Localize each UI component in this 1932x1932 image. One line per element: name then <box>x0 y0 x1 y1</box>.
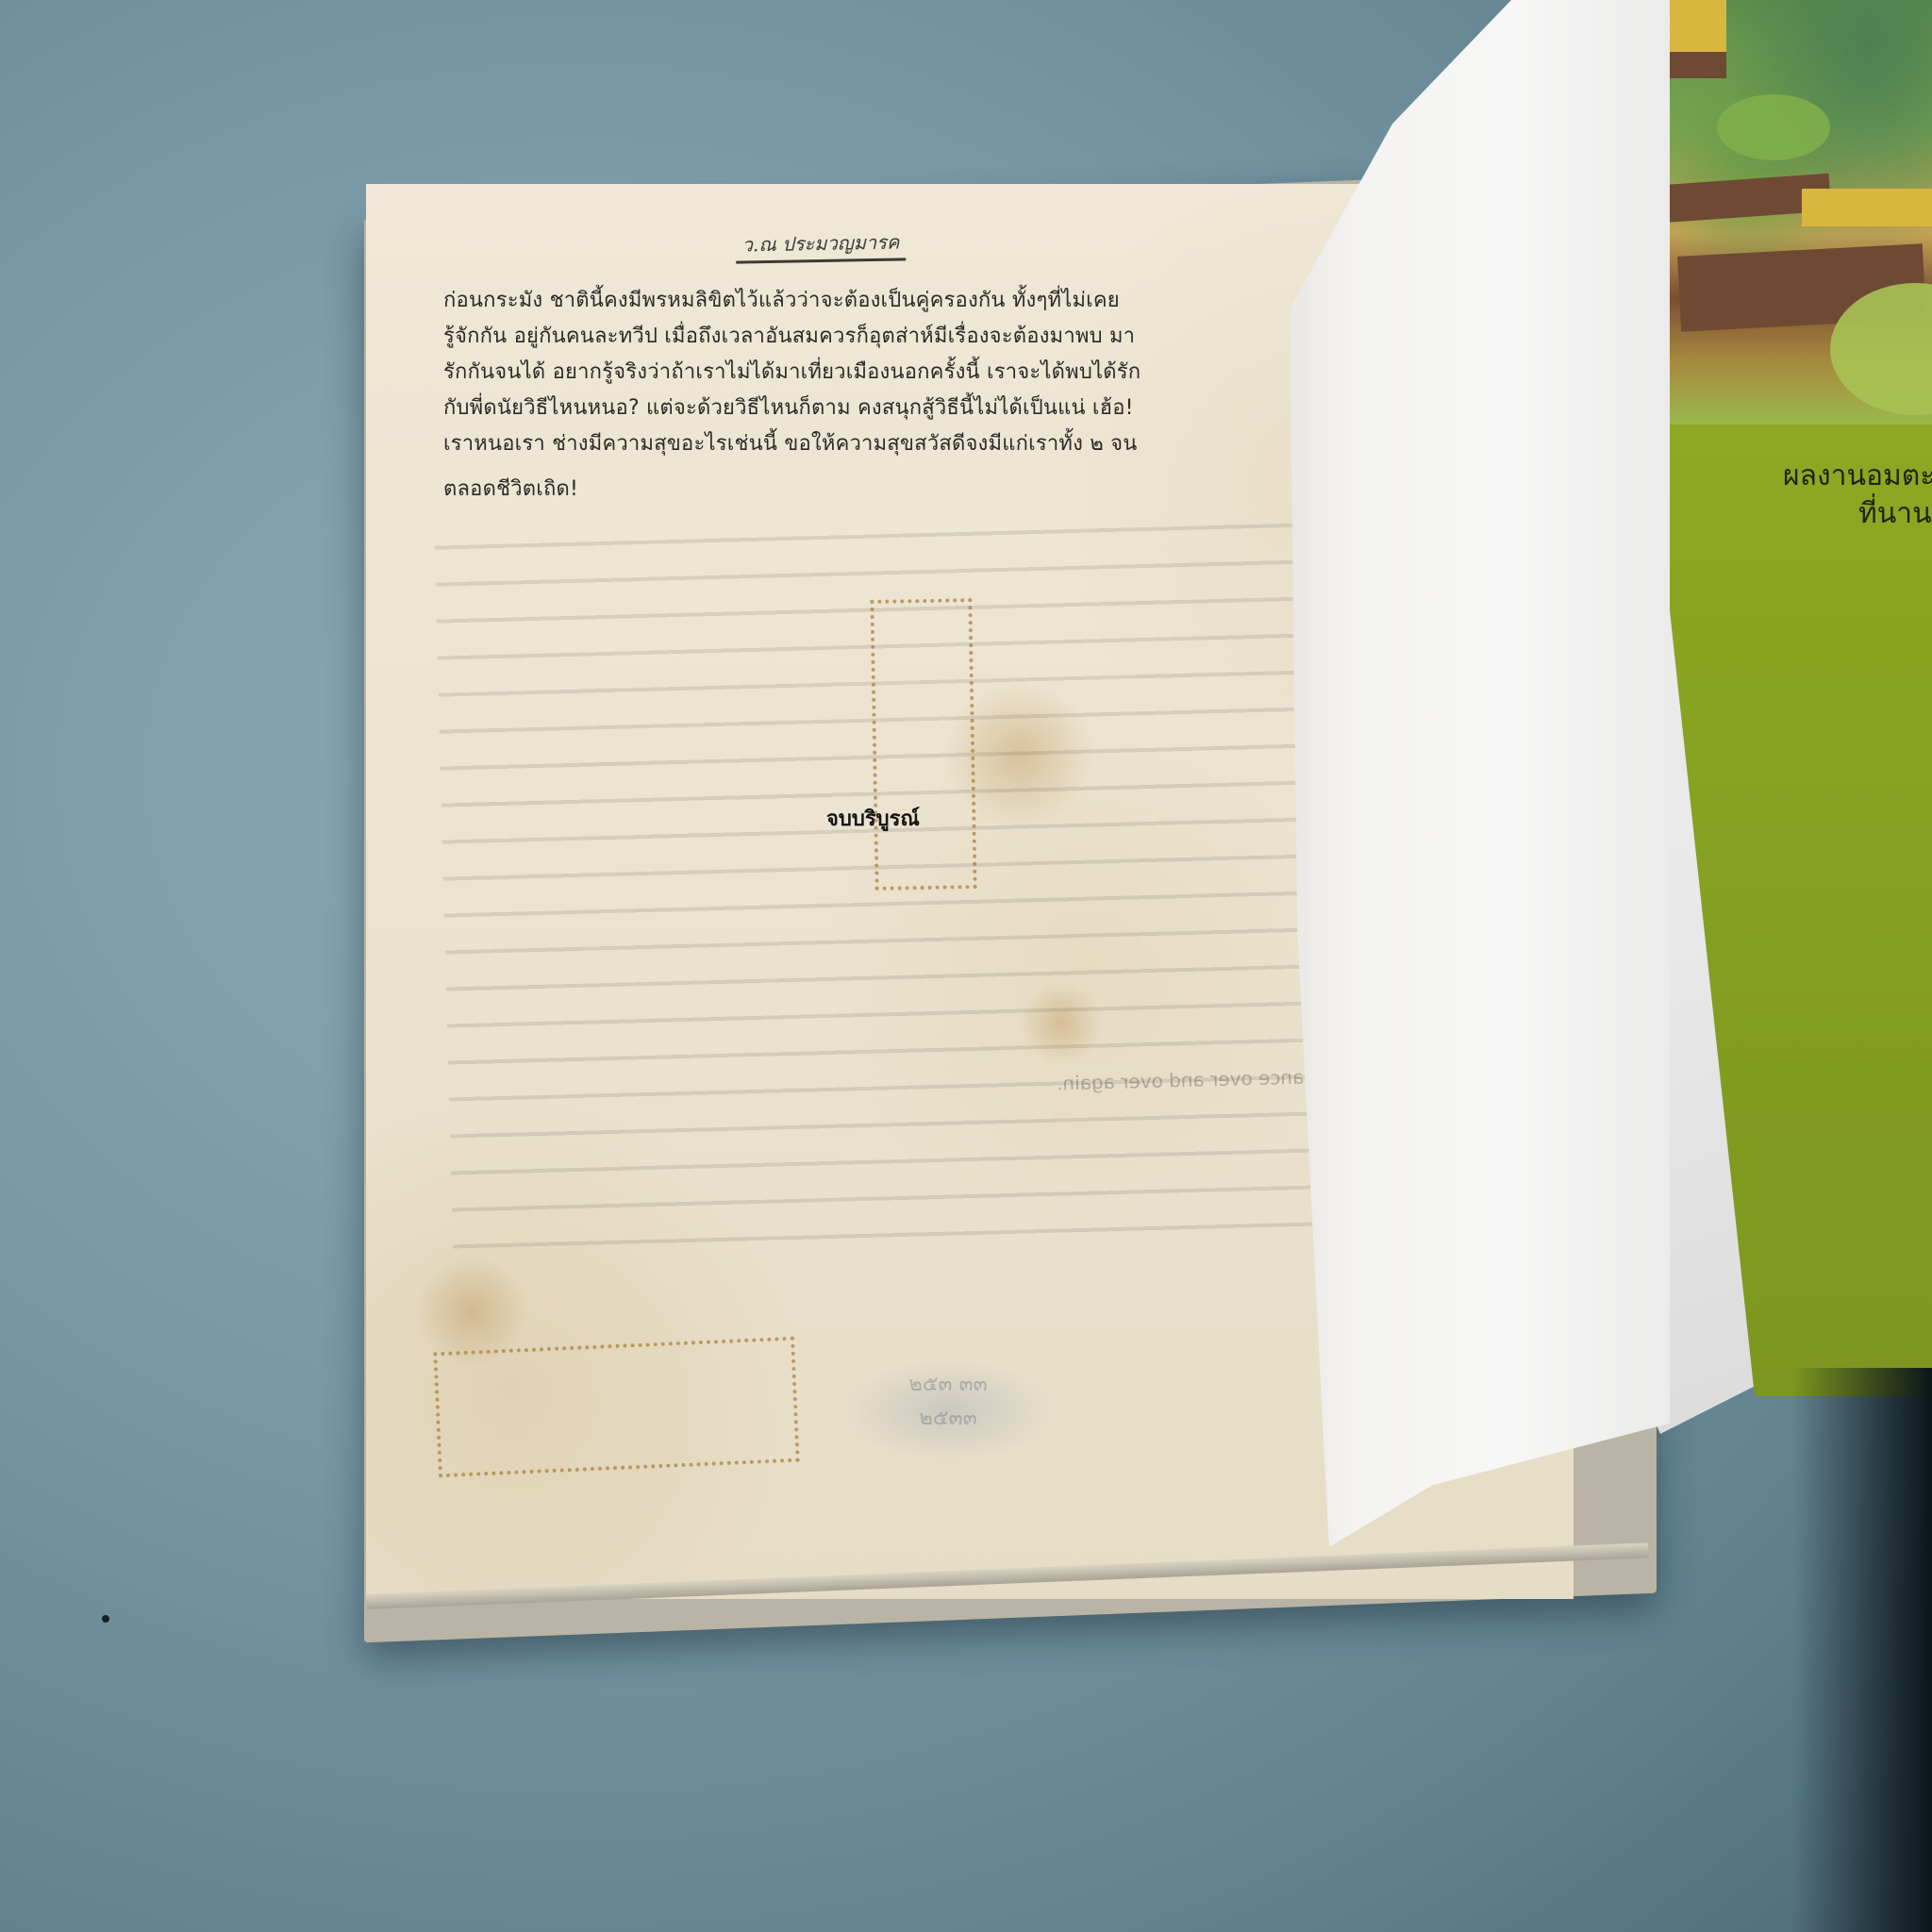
photo-scene: our romance over and over again. ว.ณ ประ… <box>0 0 1932 1932</box>
table-speck <box>102 1615 109 1623</box>
building-wall <box>1802 189 1932 226</box>
stamp-outline <box>433 1337 799 1478</box>
cover-title-line: ที่นาน <box>1783 495 1932 533</box>
the-end-label: จบบริบูรณ์ <box>826 802 920 835</box>
curled-page <box>1274 0 1670 1547</box>
text-line: กับพี่ดนัยวิธีไหนหนอ? แต่จะด้วยวิธีไหนก็… <box>443 391 1255 426</box>
text-line: ตลอดชีวิตเถิด! <box>443 472 1255 508</box>
tree <box>1717 94 1830 160</box>
text-line: รักกันจนได้ อยากรู้จริงว่าถ้าเราไม่ได้มา… <box>443 355 1255 391</box>
text-line: ก่อนกระมัง ชาตินี้คงมีพรหมลิขิตไว้แล้วว่… <box>443 283 1255 319</box>
faded-stamp-line: ๒๕๓๓ <box>840 1402 1057 1436</box>
text-line: รู้จักกัน อยู่กันคนละทวีป เมื่อถึงเวลาอั… <box>443 319 1255 355</box>
stamp-outline <box>870 598 976 891</box>
cover-title: ผลงานอมตะ ที่นาน <box>1783 458 1932 533</box>
faded-stamp-line: ๒๕๓ ๓๓ <box>840 1368 1057 1402</box>
shadow-corner <box>1792 1368 1932 1932</box>
signature-heading: ว.ณ ประมวญมารค <box>736 229 907 263</box>
page-paragraph: ก่อนกระมัง ชาตินี้คงมีพรหมลิขิตไว้แล้วว่… <box>443 283 1255 508</box>
text-line: เราหนอเรา ช่างมีความสุขอะไรเช่นนี้ ขอให้… <box>443 426 1255 462</box>
faded-stamp: ๒๕๓ ๓๓ ๒๕๓๓ <box>840 1358 1057 1462</box>
cover-title-line: ผลงานอมตะ <box>1783 458 1932 495</box>
